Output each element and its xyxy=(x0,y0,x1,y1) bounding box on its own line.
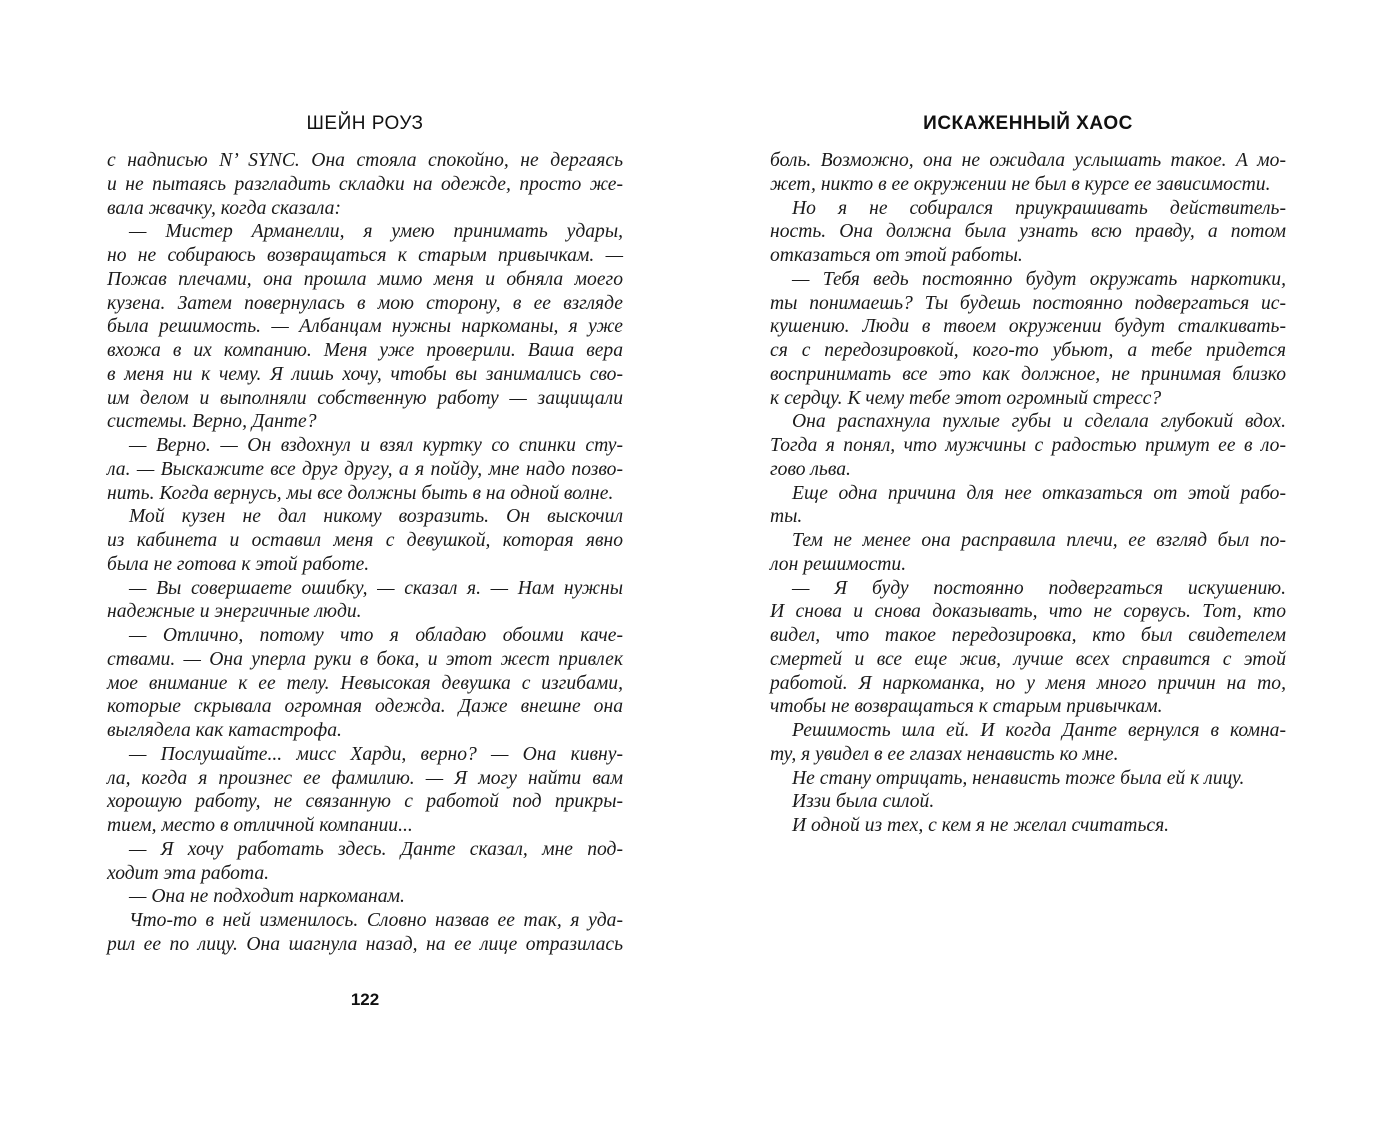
text-line: рил ее по лицу. Она шагнула назад, на ее… xyxy=(107,933,623,957)
text-line: вала жвачку, когда сказала: xyxy=(107,197,623,221)
text-line: — Вы совершаете ошибку, — сказал я. — На… xyxy=(107,577,623,601)
text-line: смертей и все еще жив, лучше всех справи… xyxy=(770,648,1286,672)
running-head-author: ШЕЙН РОУЗ xyxy=(107,113,623,135)
text-line: — Я буду постоянно подвергаться искушени… xyxy=(770,577,1286,601)
text-line: — Отлично, потому что я обладаю обоими к… xyxy=(107,624,623,648)
text-line: была не готова к этой работе. xyxy=(107,553,623,577)
text-line: в меня ни к чему. Я лишь хочу, чтобы вы … xyxy=(107,363,623,387)
text-line: и не пытаясь разгладить складки на одежд… xyxy=(107,173,623,197)
text-line: нить. Когда вернусь, мы все должны быть … xyxy=(107,482,623,506)
text-line: — Тебя ведь постоянно будут окружать нар… xyxy=(770,268,1286,292)
book-spread: ШЕЙН РОУЗ с надписью N’ SYNC. Она стояла… xyxy=(0,0,1392,1125)
text-line: гово льва. xyxy=(770,458,1286,482)
text-line: Но я не собирался приукрашивать действит… xyxy=(770,197,1286,221)
text-line: ла. — Выскажите все друг другу, а я пойд… xyxy=(107,458,623,482)
left-page: ШЕЙН РОУЗ с надписью N’ SYNC. Она стояла… xyxy=(107,0,623,1125)
left-page-body: с надписью N’ SYNC. Она стояла спокойно,… xyxy=(107,149,623,957)
text-line: боль. Возможно, она не ожидала услышать … xyxy=(770,149,1286,173)
text-line: им делом и выполняли собственную работу … xyxy=(107,387,623,411)
text-line: мое внимание к ее телу. Невысокая девушк… xyxy=(107,672,623,696)
text-line: ты понимаешь? Ты будешь постоянно подвер… xyxy=(770,292,1286,316)
text-line: ность. Она должна была узнать всю правду… xyxy=(770,220,1286,244)
text-line: жет, никто в ее окружении не был в курсе… xyxy=(770,173,1286,197)
text-line: Пожав плечами, она прошла мимо меня и об… xyxy=(107,268,623,292)
text-line: работой. Я наркоманка, но у меня много п… xyxy=(770,672,1286,696)
text-line: с надписью N’ SYNC. Она стояла спокойно,… xyxy=(107,149,623,173)
text-line: чтобы не возвращаться к старым привычкам… xyxy=(770,695,1286,719)
text-line: Не стану отрицать, ненависть тоже была е… xyxy=(770,767,1286,791)
text-line: Она распахнула пухлые губы и сделала глу… xyxy=(770,410,1286,434)
text-line: Еще одна причина для нее отказаться от э… xyxy=(770,482,1286,506)
text-line: — Верно. — Он вздохнул и взял куртку со … xyxy=(107,434,623,458)
text-line: воспринимать все это как должное, не при… xyxy=(770,363,1286,387)
text-line: И одной из тех, с кем я не желал считать… xyxy=(770,814,1286,838)
text-line: вхожа в их компанию. Меня уже проверили.… xyxy=(107,339,623,363)
text-line: Что-то в ней изменилось. Словно назвав е… xyxy=(107,909,623,933)
text-line: Решимость шла ей. И когда Данте вернулся… xyxy=(770,719,1286,743)
text-line: — Послушайте... мисс Харди, верно? — Она… xyxy=(107,743,623,767)
text-line: надежные и энергичные люди. xyxy=(107,600,623,624)
text-line: хорошую работу, не связанную с работой п… xyxy=(107,790,623,814)
page-number: 122 xyxy=(107,990,623,1010)
text-line: отказаться от этой работы. xyxy=(770,244,1286,268)
text-line: Иззи была силой. xyxy=(770,790,1286,814)
text-line: Тем не менее она расправила плечи, ее вз… xyxy=(770,529,1286,553)
text-line: ся с передозировкой, кого-то убьют, а те… xyxy=(770,339,1286,363)
text-line: — Я хочу работать здесь. Данте сказал, м… xyxy=(107,838,623,862)
text-line: тием, место в отличной компании... xyxy=(107,814,623,838)
text-line: ствами. — Она уперла руки в бока, и этот… xyxy=(107,648,623,672)
text-line: Тогда я понял, что мужчины с радостью пр… xyxy=(770,434,1286,458)
text-line: из кабинета и оставил меня с девушкой, к… xyxy=(107,529,623,553)
text-line: системы. Верно, Данте? xyxy=(107,410,623,434)
text-line: которые скрывала огромная одежда. Даже в… xyxy=(107,695,623,719)
text-line: ла, когда я произнес ее фамилию. — Я мог… xyxy=(107,767,623,791)
text-line: была решимость. — Албанцам нужны наркома… xyxy=(107,315,623,339)
text-line: кушению. Люди в твоем окружении будут ст… xyxy=(770,315,1286,339)
text-line: кузена. Затем повернулась в мою сторону,… xyxy=(107,292,623,316)
running-head-title: ИСКАЖЕННЫЙ ХАОС xyxy=(770,113,1286,135)
text-line: видел, что такое передозировка, кто был … xyxy=(770,624,1286,648)
text-line: выглядела как катастрофа. xyxy=(107,719,623,743)
text-line: к сердцу. К чему тебе этот огромный стре… xyxy=(770,387,1286,411)
text-line: лон решимости. xyxy=(770,553,1286,577)
right-page: ИСКАЖЕННЫЙ ХАОС боль. Возможно, она не о… xyxy=(770,0,1286,1125)
text-line: ты. xyxy=(770,505,1286,529)
text-line: но не собираюсь возвращаться к старым пр… xyxy=(107,244,623,268)
text-line: ту, я увидел в ее глазах ненависть ко мн… xyxy=(770,743,1286,767)
right-page-body: боль. Возможно, она не ожидала услышать … xyxy=(770,149,1286,838)
text-line: — Она не подходит наркоманам. xyxy=(107,885,623,909)
text-line: ходит эта работа. xyxy=(107,862,623,886)
text-line: И снова и снова доказывать, что не сорву… xyxy=(770,600,1286,624)
text-line: — Мистер Арманелли, я умею принимать уда… xyxy=(107,220,623,244)
text-line: Мой кузен не дал никому возразить. Он вы… xyxy=(107,505,623,529)
